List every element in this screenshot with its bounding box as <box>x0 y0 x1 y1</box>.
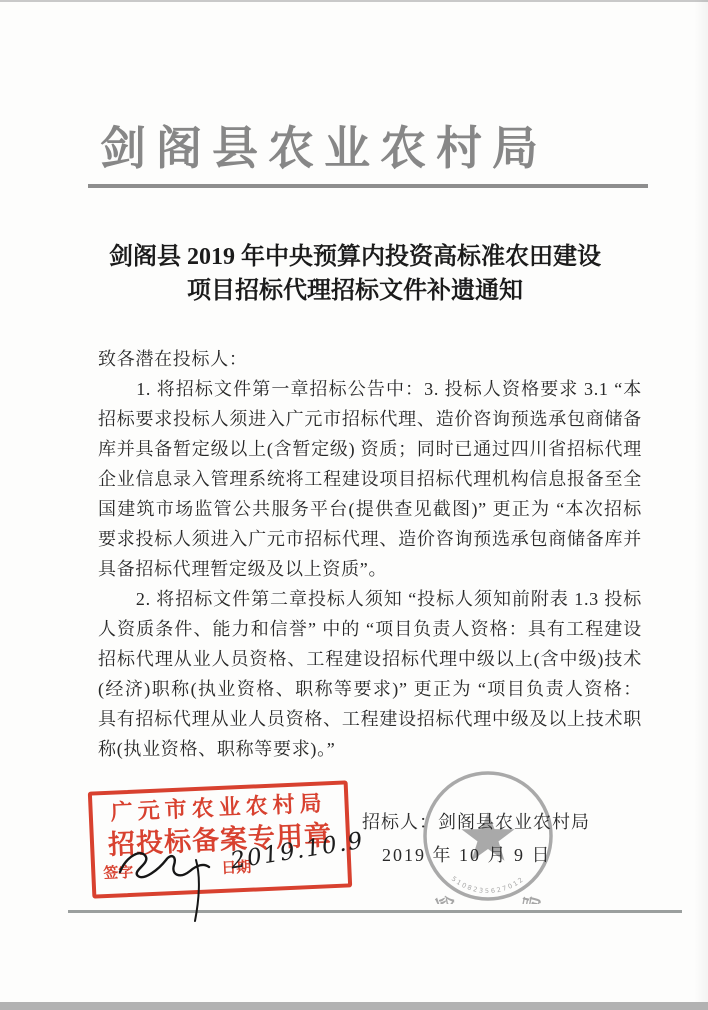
scan-bottom-edge <box>0 1002 708 1010</box>
letterhead-rule <box>88 184 648 188</box>
body-line: 具有招标代理从业人员资格、工程建设招标代理中级及以上技术职 <box>98 704 642 734</box>
document-body: 致各潜在投标人： 1. 将招标文件第一章招标公告中：3. 投标人资格要求 3.1… <box>98 344 642 764</box>
document-title-line1: 剑阁县 2019 年中央预算内投资高标准农田建设 <box>30 240 680 274</box>
letterhead-org-name: 剑阁县农业农村局 <box>100 112 560 178</box>
handwritten-signature <box>112 838 234 923</box>
document-title: 剑阁县 2019 年中央预算内投资高标准农田建设 项目招标代理招标文件补遗通知 <box>30 240 680 308</box>
scan-right-shade <box>694 0 708 1010</box>
body-line: 招标代理从业人员资格、工程建设招标代理中级以上(含中级)技术 <box>98 644 642 674</box>
body-line: 库并具备暂定级以上(含暂定级) 资质；同时已通过四川省招标代理 <box>98 434 642 464</box>
body-line: 企业信息录入管理系统将工程建设项目招标代理机构信息报备至全 <box>98 464 642 494</box>
scan-top-edge <box>0 0 708 2</box>
body-line: 2. 将招标文件第二章投标人须知 “投标人须知前附表 1.3 投标 <box>98 584 642 614</box>
body-line: 招标要求投标人须进入广元市招标代理、造价咨询预选承包商储备 <box>98 404 642 434</box>
bidder-signature-line: 招标人：剑阁县农业农村局 <box>362 808 590 834</box>
body-line: 称(执业资格、职称等要求)。” <box>98 734 642 764</box>
official-round-seal: 剑阁县农业农村局 5108235627012 <box>420 768 556 904</box>
signature-date-line: 2019 年 10 月 9 日 <box>382 841 552 867</box>
body-line: 1. 将招标文件第一章招标公告中：3. 投标人资格要求 3.1 “本次 <box>98 374 642 404</box>
salutation: 致各潜在投标人： <box>98 344 642 374</box>
document-title-line2: 项目招标代理招标文件补遗通知 <box>30 274 680 308</box>
body-line: 具备招标代理暂定级及以上资质”。 <box>98 554 642 584</box>
body-line: (经济)职称(执业资格、职称等要求)” 更正为 “项目负责人资格： <box>98 674 642 704</box>
body-line: 国建筑市场监管公共服务平台(提供查见截图)” 更正为 “本次招标 <box>98 494 642 524</box>
body-line: 要求投标人须进入广元市招标代理、造价咨询预选承包商储备库并 <box>98 524 642 554</box>
body-line: 人资质条件、能力和信誉” 中的 “项目负责人资格：具有工程建设 <box>98 614 642 644</box>
